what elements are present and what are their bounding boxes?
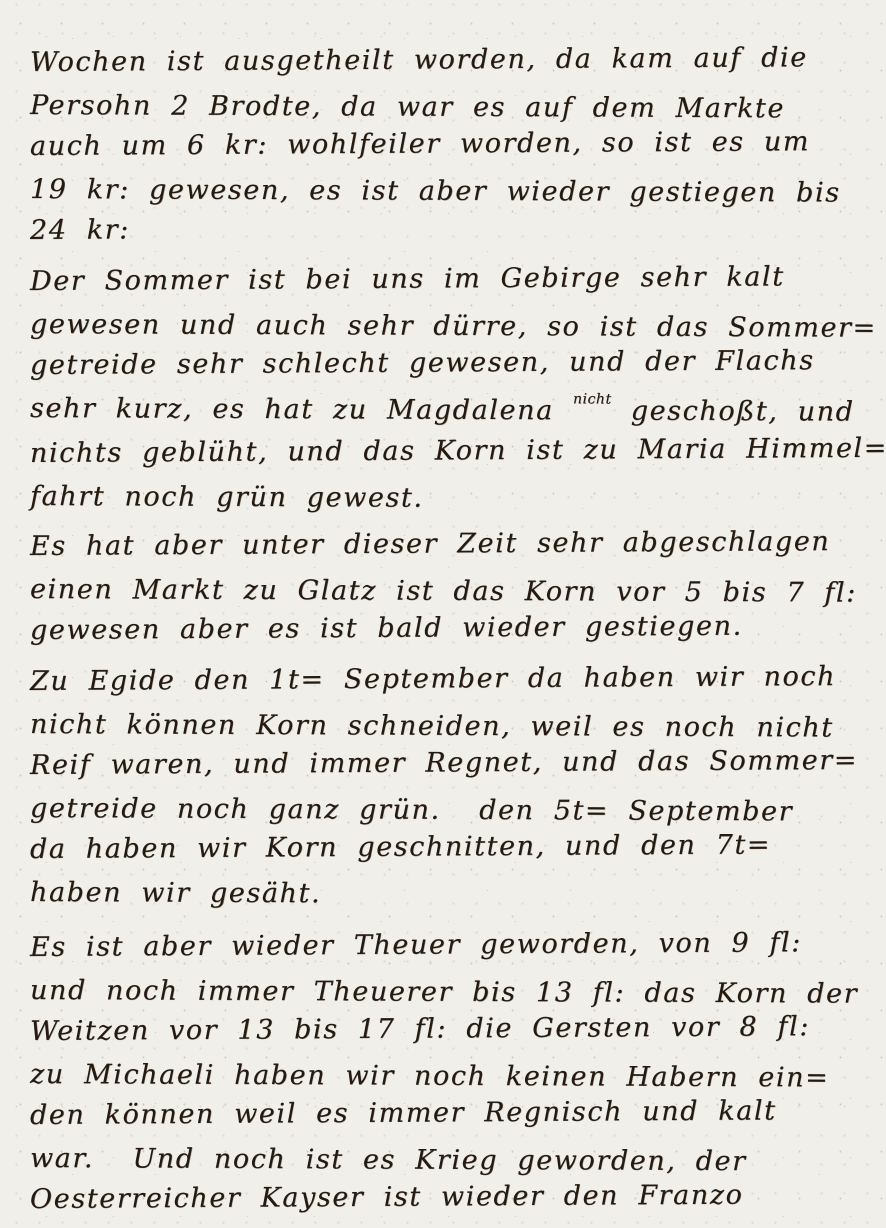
manuscript-line: Oesterreicher Kayser ist wieder den Fran… [30, 1174, 860, 1221]
line-text: sehr kurz, es hat zu Magdalena [30, 393, 573, 426]
paragraph-september-harvest: Zu Egide den 1t= September da haben wir … [30, 661, 860, 913]
manuscript-page: Wochen ist ausgetheilt worden, da kam au… [0, 0, 886, 1221]
manuscript-line: 24 kr: [30, 205, 860, 252]
manuscript-line: da haben wir Korn geschnitten, und den 7… [30, 824, 860, 871]
manuscript-line: nichts geblüht, und das Korn ist zu Mari… [30, 428, 860, 475]
paragraph-glatz-market: Es hat aber unter dieser Zeit sehr abges… [30, 526, 860, 652]
manuscript-line: Wochen ist ausgetheilt worden, da kam au… [30, 37, 860, 84]
manuscript-line: Weitzen vor 13 bis 17 fl: die Gersten vo… [30, 1006, 860, 1053]
manuscript-line: haben wir gesäht. [30, 872, 860, 918]
manuscript-line: Es hat aber unter dieser Zeit sehr abges… [30, 521, 860, 568]
manuscript-line: Der Sommer ist bei uns im Gebirge sehr k… [30, 256, 860, 303]
manuscript-line: auch um 6 kr: wohlfeiler worden, so ist … [30, 121, 860, 168]
manuscript-line: Es ist aber wieder Theuer geworden, von … [30, 922, 860, 969]
manuscript-line: getreide sehr schlecht gewesen, und der … [30, 340, 860, 387]
manuscript-line: fahrt noch grün gewest. [30, 476, 860, 522]
manuscript-line: Reif waren, und immer Regnet, und das So… [30, 740, 860, 787]
line-text: geschoßt, und [611, 396, 854, 428]
inserted-word-above-line: nicht [573, 391, 612, 407]
manuscript-line: Zu Egide den 1t= September da haben wir … [30, 656, 860, 703]
paragraph-bread-prices: Wochen ist ausgetheilt worden, da kam au… [30, 42, 860, 252]
manuscript-line: den können weil es immer Regnisch und ka… [30, 1090, 860, 1137]
paragraph-prices-rise-war: Es ist aber wieder Theuer geworden, von … [30, 927, 860, 1221]
manuscript-line: gewesen aber es ist bald wieder gestiege… [30, 605, 860, 652]
paragraph-cold-summer: Der Sommer ist bei uns im Gebirge sehr k… [30, 261, 860, 517]
